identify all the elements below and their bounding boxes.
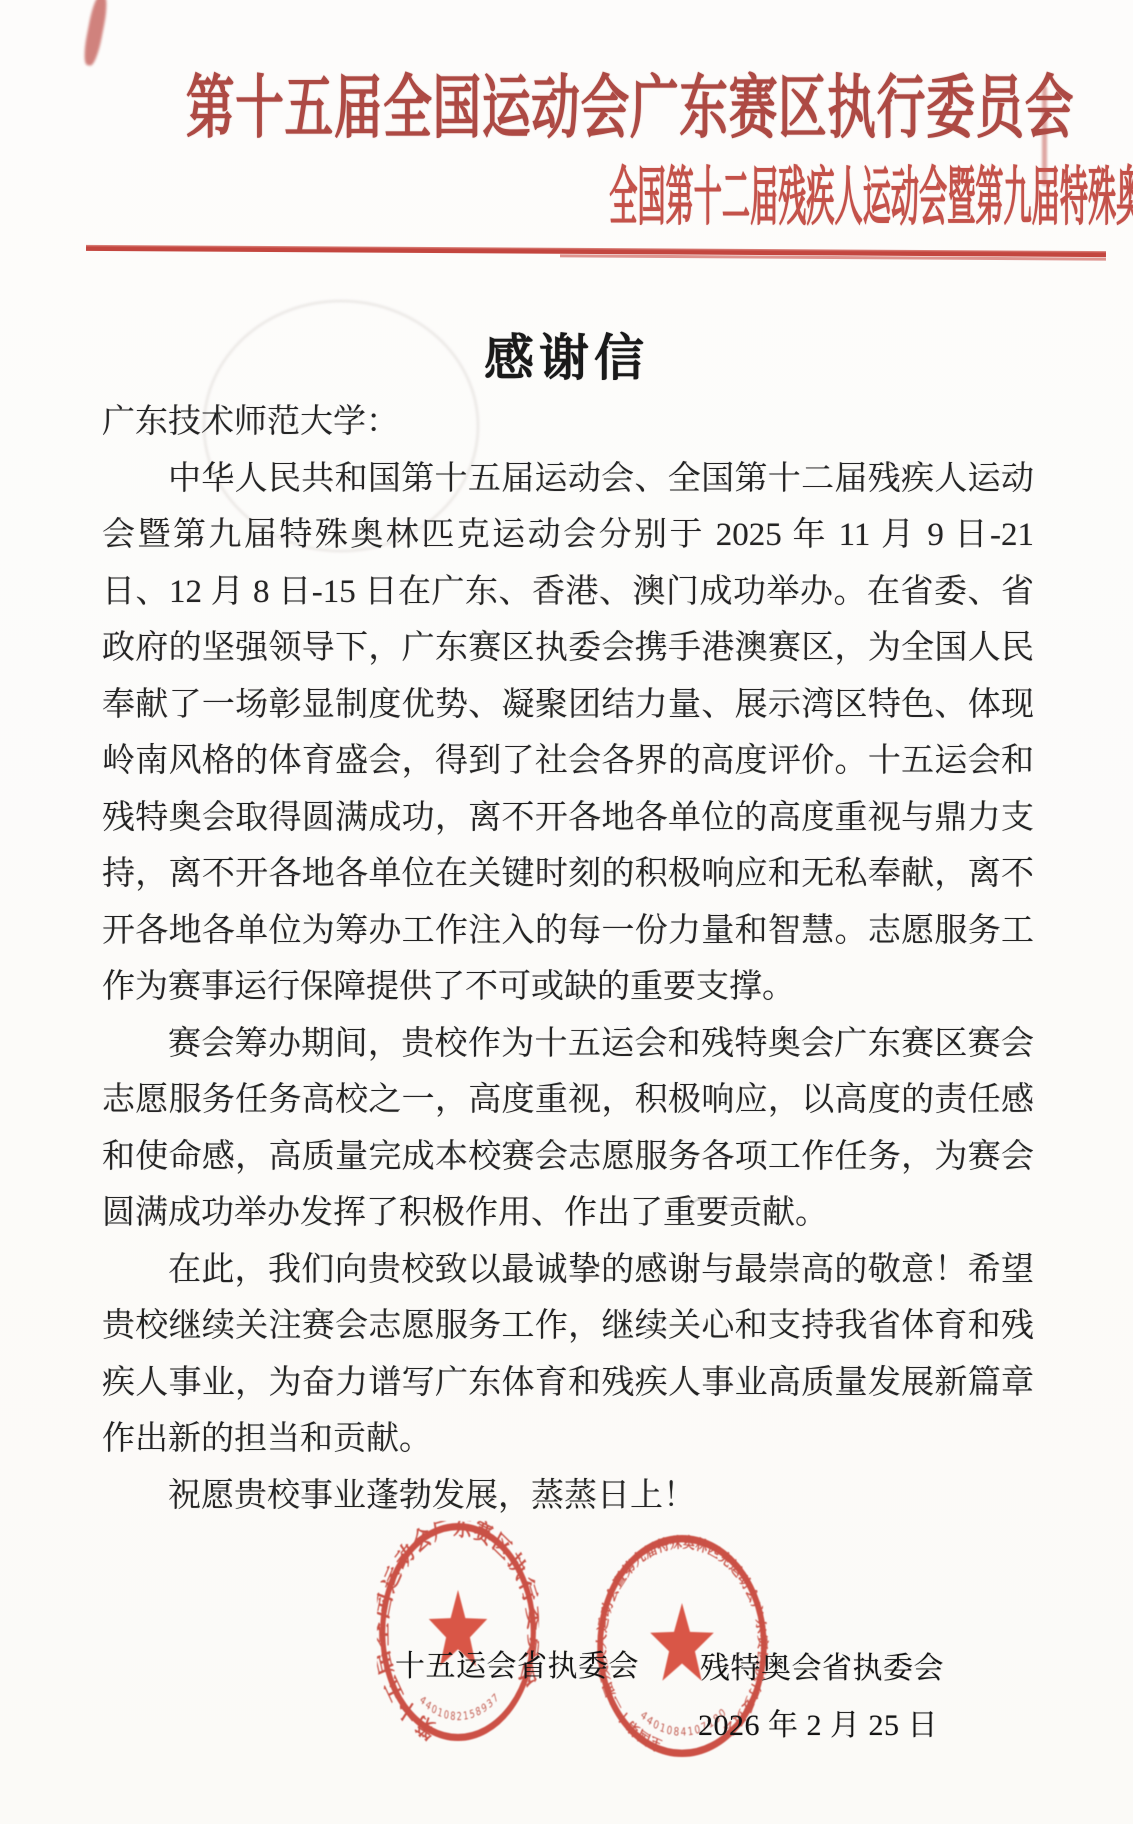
letterhead-line1-text: 第十五届全国运动会广东赛区执行委员会 [186, 52, 1074, 151]
paragraph-2: 赛会筹办期间，贵校作为十五运会和残特奥会广东赛区赛会志愿服务任务高校之一，高度重… [102, 1016, 1034, 1242]
paragraph-4: 祝愿贵校事业蓬勃发展，蒸蒸日上！ [102, 1468, 1034, 1525]
letterhead-line2: 全国第十二届残疾人运动会暨第九届特殊奥林匹克运动会广东赛区执行委员会 [0, 146, 1133, 238]
letter-page: 第十五届全国运动会广东赛区执行委员会 全国第十二届残疾人运动会暨第九届特殊奥林匹… [0, 0, 1133, 1824]
pencil-scribble-mark [688, 1190, 742, 1221]
seal-fifteenth-games-committee: 第十五届全国运动会广东赛区执行委员会 4401082158937 [377, 1521, 539, 1748]
letterhead-line1: 第十五届全国运动会广东赛区执行委员会 [0, 52, 1133, 151]
letter-title: 感谢信 [0, 318, 1133, 390]
signature-right: 残特奥会省执委会 [700, 1643, 944, 1687]
letter-body: 广东技术师范大学： 中华人民共和国第十五届运动会、全国第十二届残疾人运动会暨第九… [102, 394, 1034, 1524]
letterhead-line2-text: 全国第十二届残疾人运动会暨第九届特殊奥林匹克运动会广东赛区执行委员会 [609, 146, 1133, 238]
signature-left: 十五运会省执委会 [395, 1641, 639, 1685]
paragraph-1: 中华人民共和国第十五届运动会、全国第十二届残疾人运动会暨第九届特殊奥林匹克运动会… [102, 451, 1034, 1016]
paragraph-3: 在此，我们向贵校致以最诚挚的感谢与最崇高的敬意！希望贵校继续关注赛会志愿服务工作… [102, 1242, 1034, 1468]
recipient-line: 广东技术师范大学： [102, 394, 1034, 451]
date-line: 2026 年 2 月 25 日 [698, 1700, 938, 1744]
